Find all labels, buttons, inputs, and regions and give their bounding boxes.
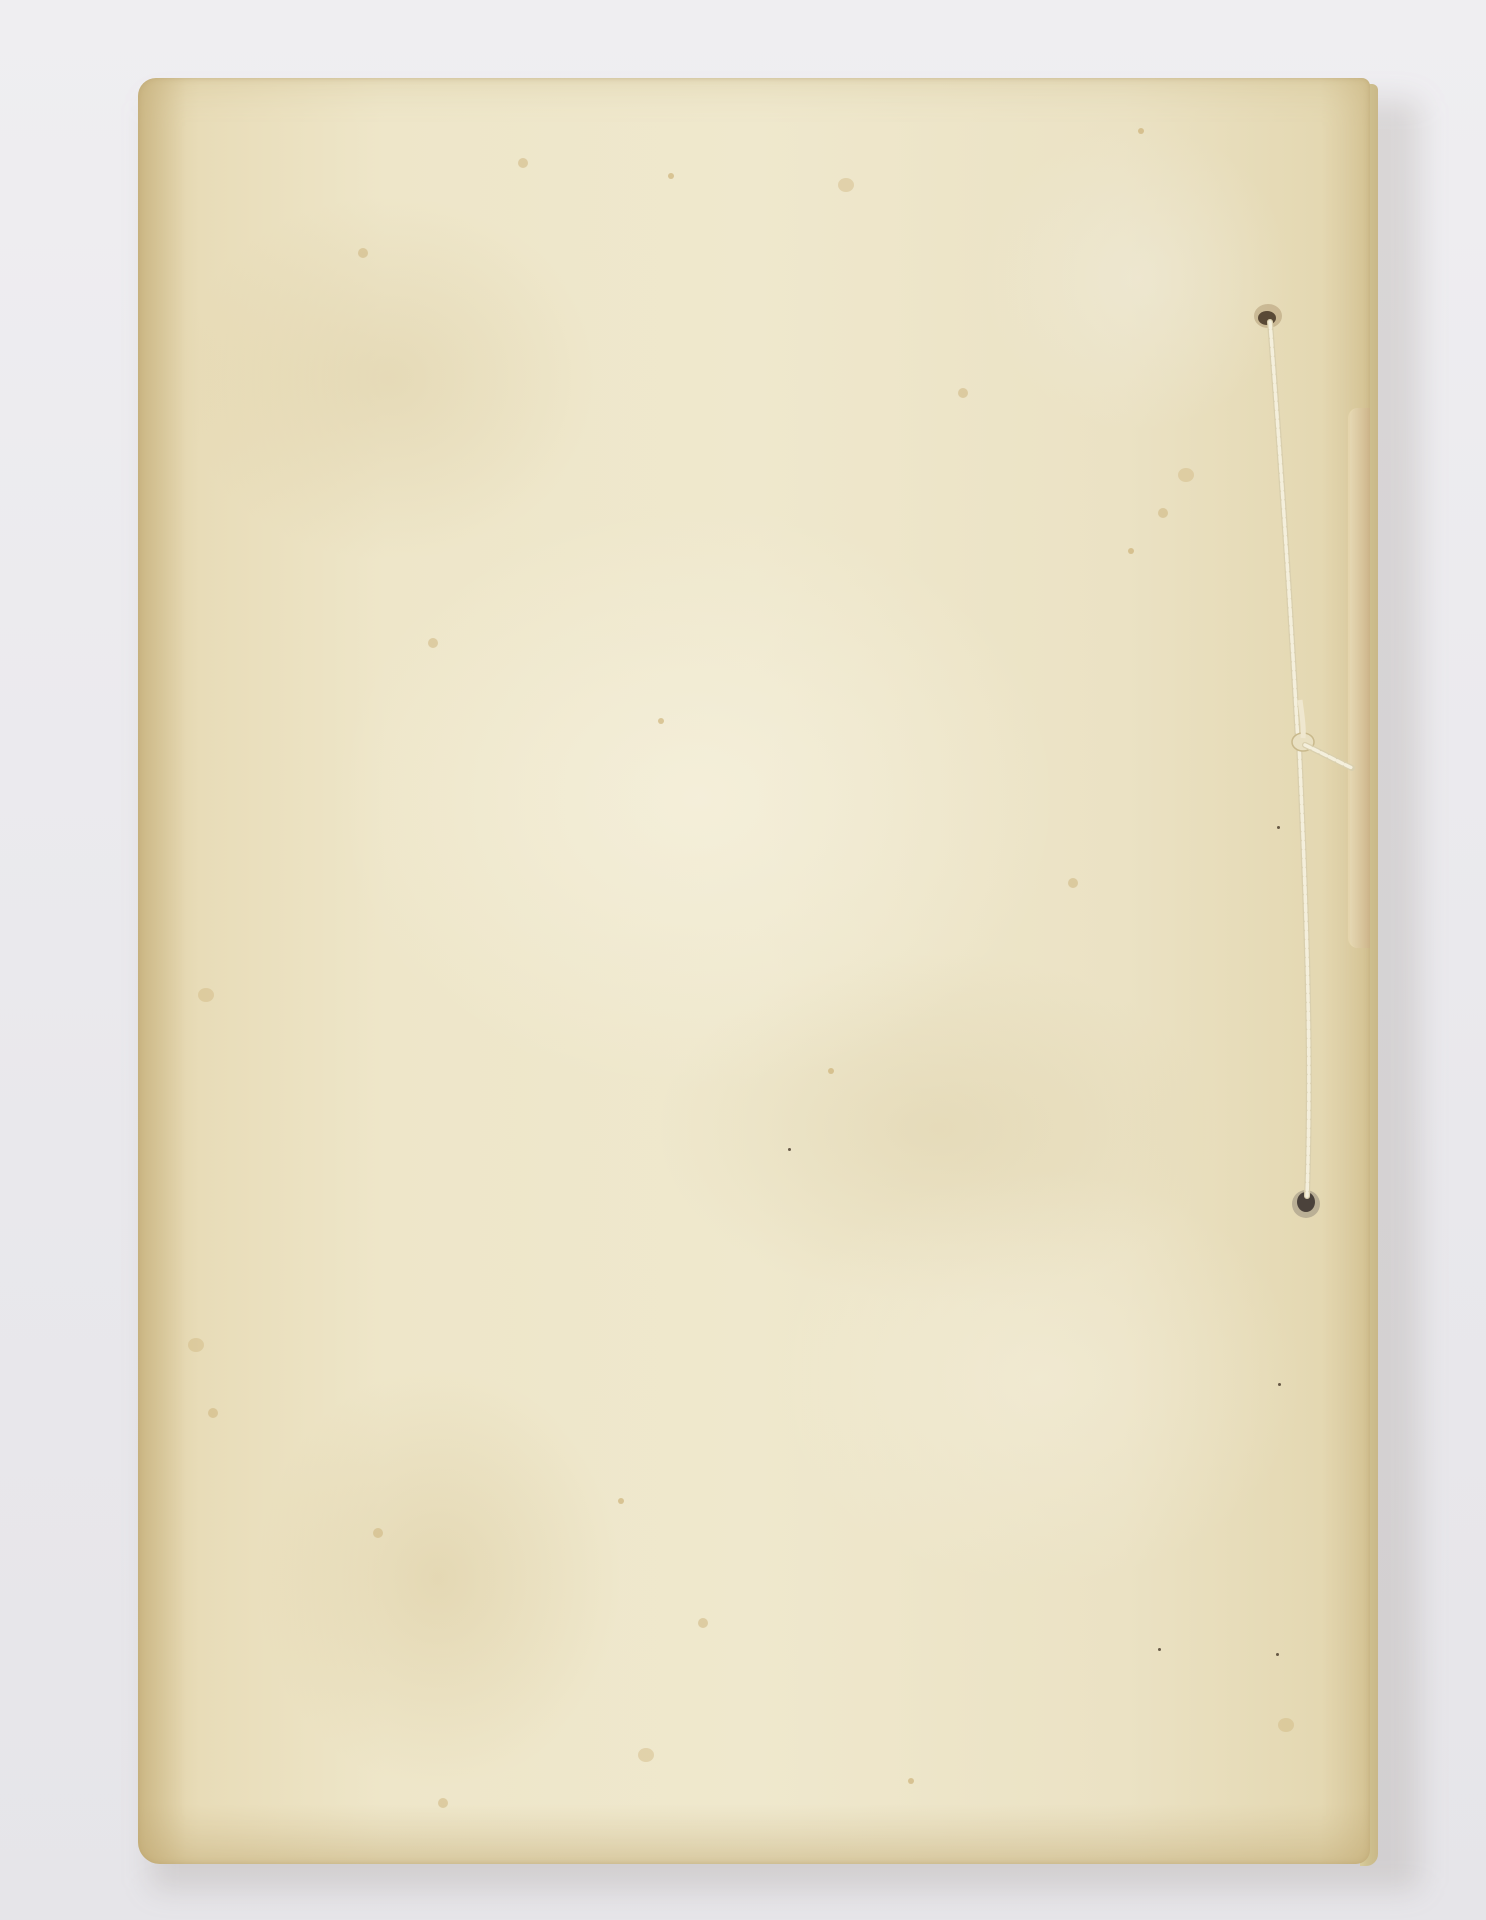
cover-bottom-wear — [138, 1804, 1370, 1864]
foxing-spot — [638, 1748, 654, 1762]
foxing-spot — [198, 988, 214, 1002]
foxing-spot — [658, 718, 664, 724]
ink-speck — [1276, 1653, 1279, 1656]
foxing-spot — [1138, 128, 1144, 134]
ink-speck — [1277, 826, 1280, 829]
photo-scene — [0, 0, 1486, 1920]
foxing-spot — [1278, 1718, 1294, 1732]
foxing-spot — [828, 1068, 834, 1074]
foxing-spot — [668, 173, 674, 179]
ink-speck — [788, 1148, 791, 1151]
spine-paper-tear — [1348, 408, 1370, 948]
ink-speck — [1278, 1383, 1281, 1386]
foxing-spot — [518, 158, 528, 168]
foxing-spot — [1068, 878, 1078, 888]
foxing-spot — [428, 638, 438, 648]
ink-speck — [1158, 1648, 1161, 1651]
foxing-spot — [188, 1338, 204, 1352]
foxing-spot — [908, 1778, 914, 1784]
cover-left-wear — [138, 78, 186, 1864]
foxing-spot — [1128, 548, 1134, 554]
foxing-spot — [358, 248, 368, 258]
foxing-spot — [838, 178, 854, 192]
foxing-spot — [208, 1408, 218, 1418]
foxing-spot — [618, 1498, 624, 1504]
foxing-spot — [958, 388, 968, 398]
foxing-spot — [698, 1618, 708, 1628]
foxing-spot — [438, 1798, 448, 1808]
foxing-spot — [1178, 468, 1194, 482]
foxing-spot — [1158, 508, 1168, 518]
foxing-spot — [373, 1528, 383, 1538]
book-back-cover — [138, 78, 1370, 1864]
